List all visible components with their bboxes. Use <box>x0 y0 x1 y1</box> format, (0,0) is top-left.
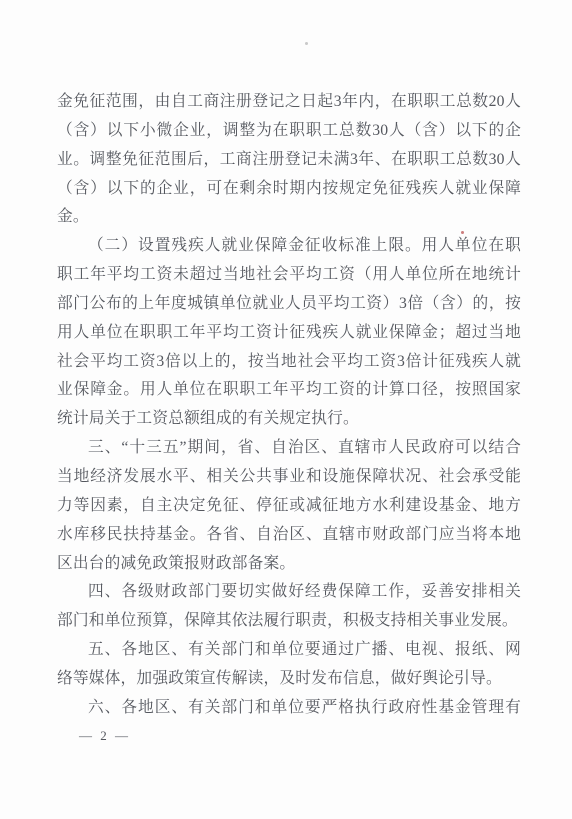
text-line: （二）设置残疾人就业保障金征收标准上限。用人单位在职 <box>57 232 521 261</box>
text-line: 络等媒体，加强政策宣传解读，及时发布信息，做好舆论引导。 <box>57 665 521 694</box>
paragraph: （二）设置残疾人就业保障金征收标准上限。用人单位在职职工年平均工资未超过当地社会… <box>57 232 521 434</box>
text-line: 三、“十三五”期间，省、自治区、直辖市人民政府可以结合 <box>57 434 521 463</box>
paragraph: 六、各地区、有关部门和单位要严格执行政府性基金管理有 <box>57 694 521 723</box>
text-line: 五、各地区、有关部门和单位要通过广播、电视、报纸、网 <box>57 636 521 665</box>
paragraph: 五、各地区、有关部门和单位要通过广播、电视、报纸、网络等媒体，加强政策宣传解读，… <box>57 636 521 694</box>
text-line: 金免征范围，由自工商注册登记之日起3年内，在职职工总数20人 <box>57 88 521 117</box>
text-line: （含）以下小微企业，调整为在职职工总数30人（含）以下的企 <box>57 117 521 146</box>
scan-artifact-gray-dot <box>305 42 308 45</box>
text-line: 用人单位在职职工年平均工资计征残疾人就业保障金；超过当地 <box>57 319 521 348</box>
text-line: 水库移民扶持基金。各省、自治区、直辖市财政部门应当将本地 <box>57 521 521 550</box>
text-line: 四、各级财政部门要切实做好经费保障工作，妥善安排相关 <box>57 578 521 607</box>
text-line: 社会平均工资3倍以上的，按当地社会平均工资3倍计征残疾人就 <box>57 348 521 377</box>
text-line: 职工年平均工资未超过当地社会平均工资（用人单位所在地统计 <box>57 261 521 290</box>
text-line: 业保障金。用人单位在职职工年平均工资的计算口径，按照国家 <box>57 376 521 405</box>
text-line: 金。 <box>57 203 521 232</box>
scan-artifact-red-speck <box>461 231 464 234</box>
text-line: 六、各地区、有关部门和单位要严格执行政府性基金管理有 <box>57 694 521 723</box>
paragraph: 三、“十三五”期间，省、自治区、直辖市人民政府可以结合当地经济发展水平、相关公共… <box>57 434 521 578</box>
text-line: 业。调整免征范围后，工商注册登记未满3年、在职职工总数30人 <box>57 146 521 175</box>
page-number: — 2 — <box>79 722 131 750</box>
text-line: 部门和单位预算，保障其依法履行职责，积极支持相关事业发展。 <box>57 607 521 636</box>
text-line: 统计局关于工资总额组成的有关规定执行。 <box>57 405 521 434</box>
text-line: 部门公布的上年度城镇单位就业人员平均工资）3倍（含）的，按 <box>57 290 521 319</box>
text-line: （含）以下的企业，可在剩余时期内按规定免征残疾人就业保障 <box>57 175 521 204</box>
text-line: 区出台的减免政策报财政部备案。 <box>57 550 521 579</box>
text-line: 当地经济发展水平、相关公共事业和设施保障状况、社会承受能 <box>57 463 521 492</box>
paragraph: 四、各级财政部门要切实做好经费保障工作，妥善安排相关部门和单位预算，保障其依法履… <box>57 578 521 636</box>
document-page: 金免征范围，由自工商注册登记之日起3年内，在职职工总数20人（含）以下小微企业，… <box>0 0 572 819</box>
document-body: 金免征范围，由自工商注册登记之日起3年内，在职职工总数20人（含）以下小微企业，… <box>57 88 521 723</box>
text-line: 力等因素，自主决定免征、停征或减征地方水利建设基金、地方 <box>57 492 521 521</box>
paragraph: 金免征范围，由自工商注册登记之日起3年内，在职职工总数20人（含）以下小微企业，… <box>57 88 521 232</box>
